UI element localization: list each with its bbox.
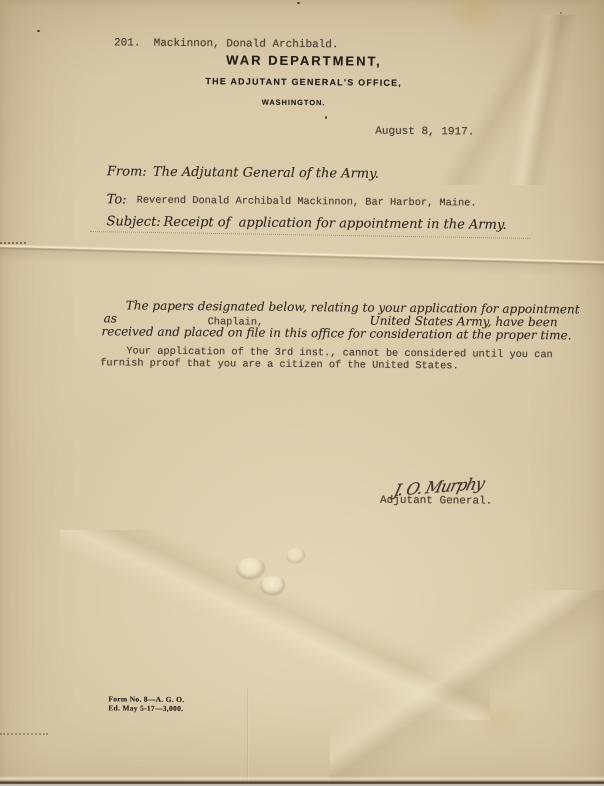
form-edition: Ed. May 5-17—3,000.	[108, 703, 183, 713]
perforation-dots-left-upper	[0, 242, 26, 244]
signature-title: Adjutant General.	[380, 495, 492, 508]
from-value: The Adjutant General of the Army.	[153, 165, 379, 182]
date-line: August 8, 1917.	[375, 126, 474, 139]
subject-value: Receipt of application for appointment i…	[163, 215, 506, 233]
file-number-line: 201. Mackinnon, Donald Archibald.	[114, 37, 339, 51]
letterhead-city: WASHINGTON.	[0, 95, 596, 109]
letter-content: 201. Mackinnon, Donald Archibald. WAR DE…	[0, 0, 604, 786]
perforation-dots-left-lower	[0, 733, 48, 735]
letterhead-office: THE ADJUTANT GENERAL'S OFFICE,	[2, 74, 604, 89]
body-p1-line3: received and placed on file in this offi…	[101, 324, 571, 342]
body-p1-line1: The papers designated below, relating to…	[126, 298, 580, 316]
body-p2-line2: furnish proof that you are a citizen of …	[100, 357, 458, 372]
subject-label: Subject:	[106, 214, 160, 229]
letter-page: 201. Mackinnon, Donald Archibald. WAR DE…	[0, 0, 604, 786]
to-value: Reverend Donald Archibald Mackinnon, Bar…	[137, 195, 477, 210]
paper-bottom-edge	[0, 776, 604, 786]
body-p1-line2-left: as	[104, 311, 117, 325]
to-label: To:	[107, 192, 127, 207]
letterhead-department: WAR DEPARTMENT,	[2, 50, 604, 70]
from-label: From:	[107, 164, 147, 179]
